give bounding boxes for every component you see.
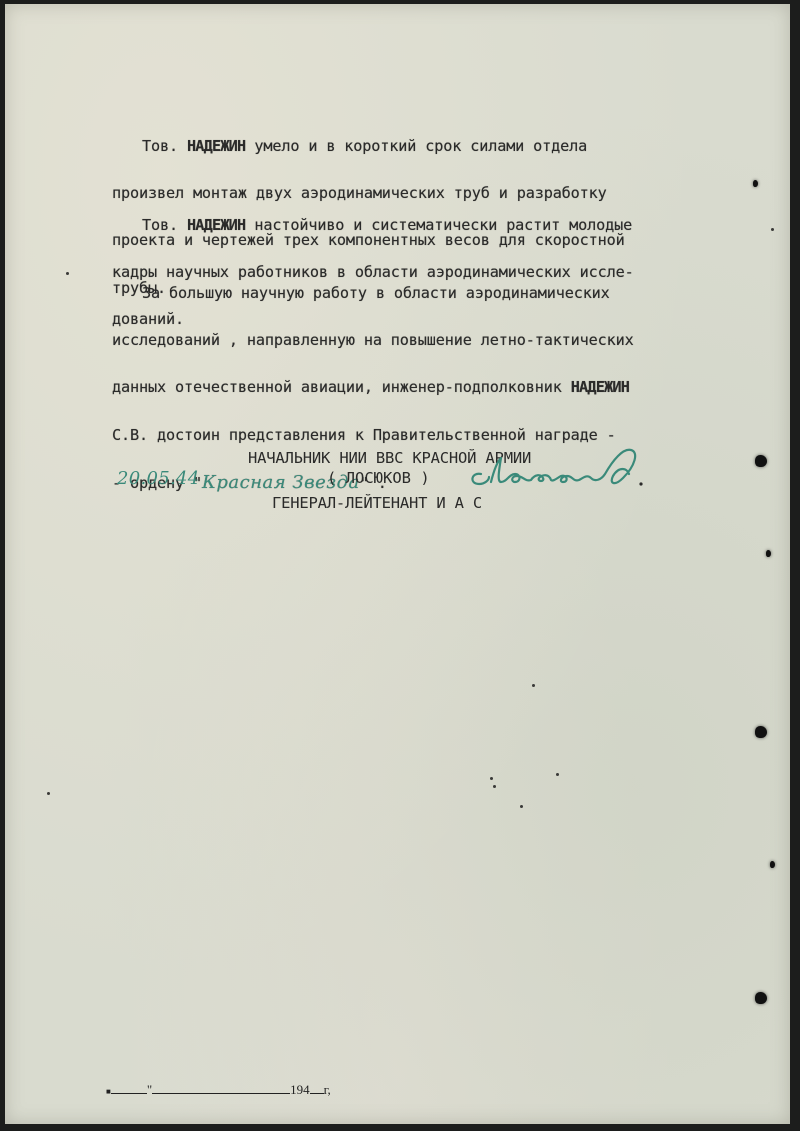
punch-hole — [755, 726, 767, 738]
speck — [493, 785, 496, 788]
signatory-name: ( ЛОСЮКОВ ) — [327, 469, 430, 487]
day-blank — [111, 1082, 147, 1094]
surname: НАДЕЖИН — [187, 137, 245, 155]
form-date-line: ■"194г, — [93, 1066, 331, 1114]
document-page: Тов. НАДЕЖИН умело и в короткий срок сил… — [5, 4, 790, 1124]
punch-hole — [755, 455, 767, 467]
year-prefix: 194 — [290, 1082, 310, 1097]
punch-hole — [770, 861, 775, 868]
handwritten-signature — [463, 444, 653, 494]
surname: НАДЕЖИН — [187, 216, 245, 234]
punch-hole — [753, 180, 758, 187]
text: настойчиво и систематически растит молод… — [245, 216, 632, 234]
text: умело и в короткий срок силами отдела — [245, 137, 587, 155]
speck — [532, 684, 535, 687]
signatory-title-line-2: ГЕНЕРАЛ-ЛЕЙТЕНАНТ И А С — [248, 496, 531, 511]
paragraph-3-line-3: данных отечественной авиации, инженер-по… — [112, 380, 634, 396]
speck — [490, 777, 493, 780]
text: данных отечественной авиации, инженер-по… — [112, 378, 571, 396]
speck — [771, 228, 774, 231]
speck — [556, 773, 559, 776]
paragraph-1-line-1: Тов. НАДЕЖИН умело и в короткий срок сил… — [142, 139, 625, 155]
year-suffix: г, — [324, 1082, 331, 1097]
punch-hole — [755, 992, 767, 1004]
paragraph-3-line-2: исследований , направленную на повышение… — [112, 333, 634, 349]
speck — [47, 792, 50, 795]
paragraph-3-line-1: За большую научную работу в области аэро… — [142, 286, 634, 302]
text: Тов. — [142, 216, 187, 234]
handwritten-date: 20.05.44 — [117, 468, 200, 489]
paragraph-2-line-1: Тов. НАДЕЖИН настойчиво и систематически… — [142, 218, 634, 234]
text: Тов. — [142, 137, 187, 155]
surname: НАДЕЖИН — [571, 378, 629, 396]
year-blank — [310, 1082, 324, 1094]
month-blank — [152, 1082, 290, 1094]
speck — [66, 272, 69, 275]
speck — [520, 805, 523, 808]
punch-hole — [766, 550, 771, 557]
